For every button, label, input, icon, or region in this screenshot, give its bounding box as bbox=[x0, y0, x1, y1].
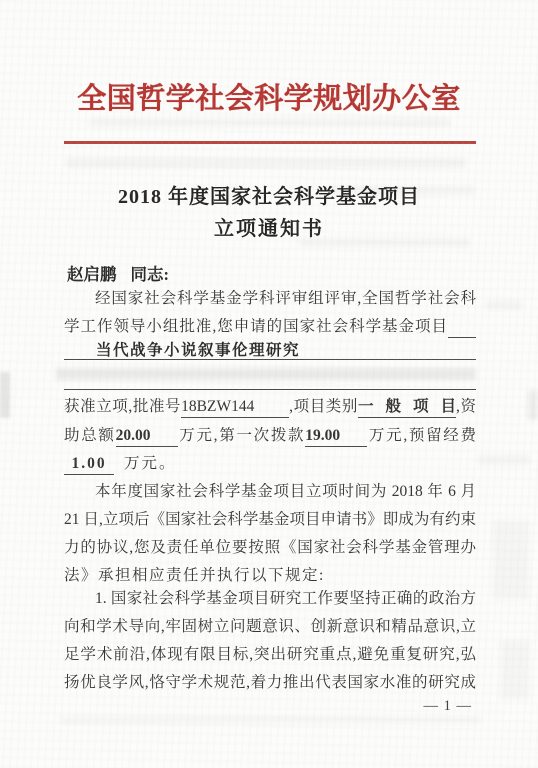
scan-artifact bbox=[528, 390, 538, 420]
para4-line2: 向和学术导向,牢固树立问题意识、创新意识和精品意识,立 bbox=[64, 616, 476, 644]
scan-artifact bbox=[60, 716, 480, 724]
para2-seg7: 万元。 bbox=[124, 455, 177, 472]
para2-line1: 获准立项,批准号18BZW144,项目类别一般项目,资 bbox=[64, 396, 476, 424]
para2-seg1: 获准立项,批准号 bbox=[64, 398, 181, 415]
para1-line2-text: 学工作领导小组批准,您申请的国家社会科学基金项目 bbox=[64, 318, 448, 335]
total-amount-blank: 20.00 bbox=[116, 426, 178, 447]
project-title-line: 当代战争小说叙事伦理研究 bbox=[64, 338, 476, 360]
doc-title-line2: 立项通知书 bbox=[0, 212, 538, 241]
para2-line2: 助总额20.00万元,第一次拨款19.00万元,预留经费 bbox=[64, 425, 476, 453]
scan-artifact bbox=[486, 300, 522, 310]
para4-line3: 足学术前沿,体现有限目标,突出研究重点,避免重复研究,弘 bbox=[64, 644, 476, 672]
project-type-blank: 一般项目 bbox=[358, 397, 456, 418]
para3-line3: 力的协议,您及责任单位要按照《国家社会科学基金管理办 bbox=[64, 537, 476, 565]
scan-artifact bbox=[492, 520, 530, 600]
para2-seg3: ,资 bbox=[456, 398, 476, 415]
para2-seg4: 助总额 bbox=[64, 427, 116, 444]
para2-line3: 1.00万元。 bbox=[64, 453, 476, 481]
doc-title-line1: 2018 年度国家社会科学基金项目 bbox=[0, 180, 538, 209]
recipient-name: 赵启鹏 bbox=[67, 265, 117, 284]
salutation-suffix: 同志: bbox=[131, 265, 170, 284]
scan-artifact bbox=[90, 118, 450, 127]
para2-seg5: 万元,第一次拨款 bbox=[178, 427, 306, 444]
scan-artifact bbox=[478, 455, 530, 465]
approval-number-blank: 18BZW144 bbox=[181, 397, 289, 418]
scan-artifact bbox=[500, 640, 530, 700]
first-payment-blank: 19.00 bbox=[305, 426, 367, 447]
document-page: 全国哲学社会科学规划办公室 2018 年度国家社会科学基金项目 立项通知书 赵启… bbox=[0, 0, 538, 768]
page-number: — 1 — bbox=[424, 698, 473, 715]
para1-line1: 经国家社会科学基金学科评审组评审,全国哲学社会科 bbox=[64, 288, 476, 316]
project-title-blank-line2 bbox=[64, 361, 476, 390]
letterhead-org-name: 全国哲学社会科学规划办公室 bbox=[0, 76, 538, 117]
scan-artifact bbox=[66, 158, 466, 168]
para3-line2: 21 日,立项后《国家社会科学基金项目申请书》即成为有约束 bbox=[64, 509, 476, 537]
reserved-amount-blank: 1.00 bbox=[64, 454, 114, 475]
para4-line4: 扬优良学风,恪守学术规范,着力推出代表国家水准的研究成 bbox=[64, 672, 476, 700]
para2-seg2: ,项目类别 bbox=[289, 398, 358, 415]
salutation: 赵启鹏同志: bbox=[67, 261, 169, 285]
letterhead-rule bbox=[64, 141, 476, 144]
project-title: 当代战争小说叙事伦理研究 bbox=[96, 342, 300, 359]
para2-seg6: 万元,预留经费 bbox=[367, 427, 476, 444]
para3-line1: 本年度国家社会科学基金项目立项时间为 2018 年 6 月 bbox=[64, 481, 476, 509]
scan-artifact bbox=[0, 372, 10, 418]
para4-line1: 1. 国家社会科学基金项目研究工作要坚持正确的政治方 bbox=[64, 588, 476, 616]
